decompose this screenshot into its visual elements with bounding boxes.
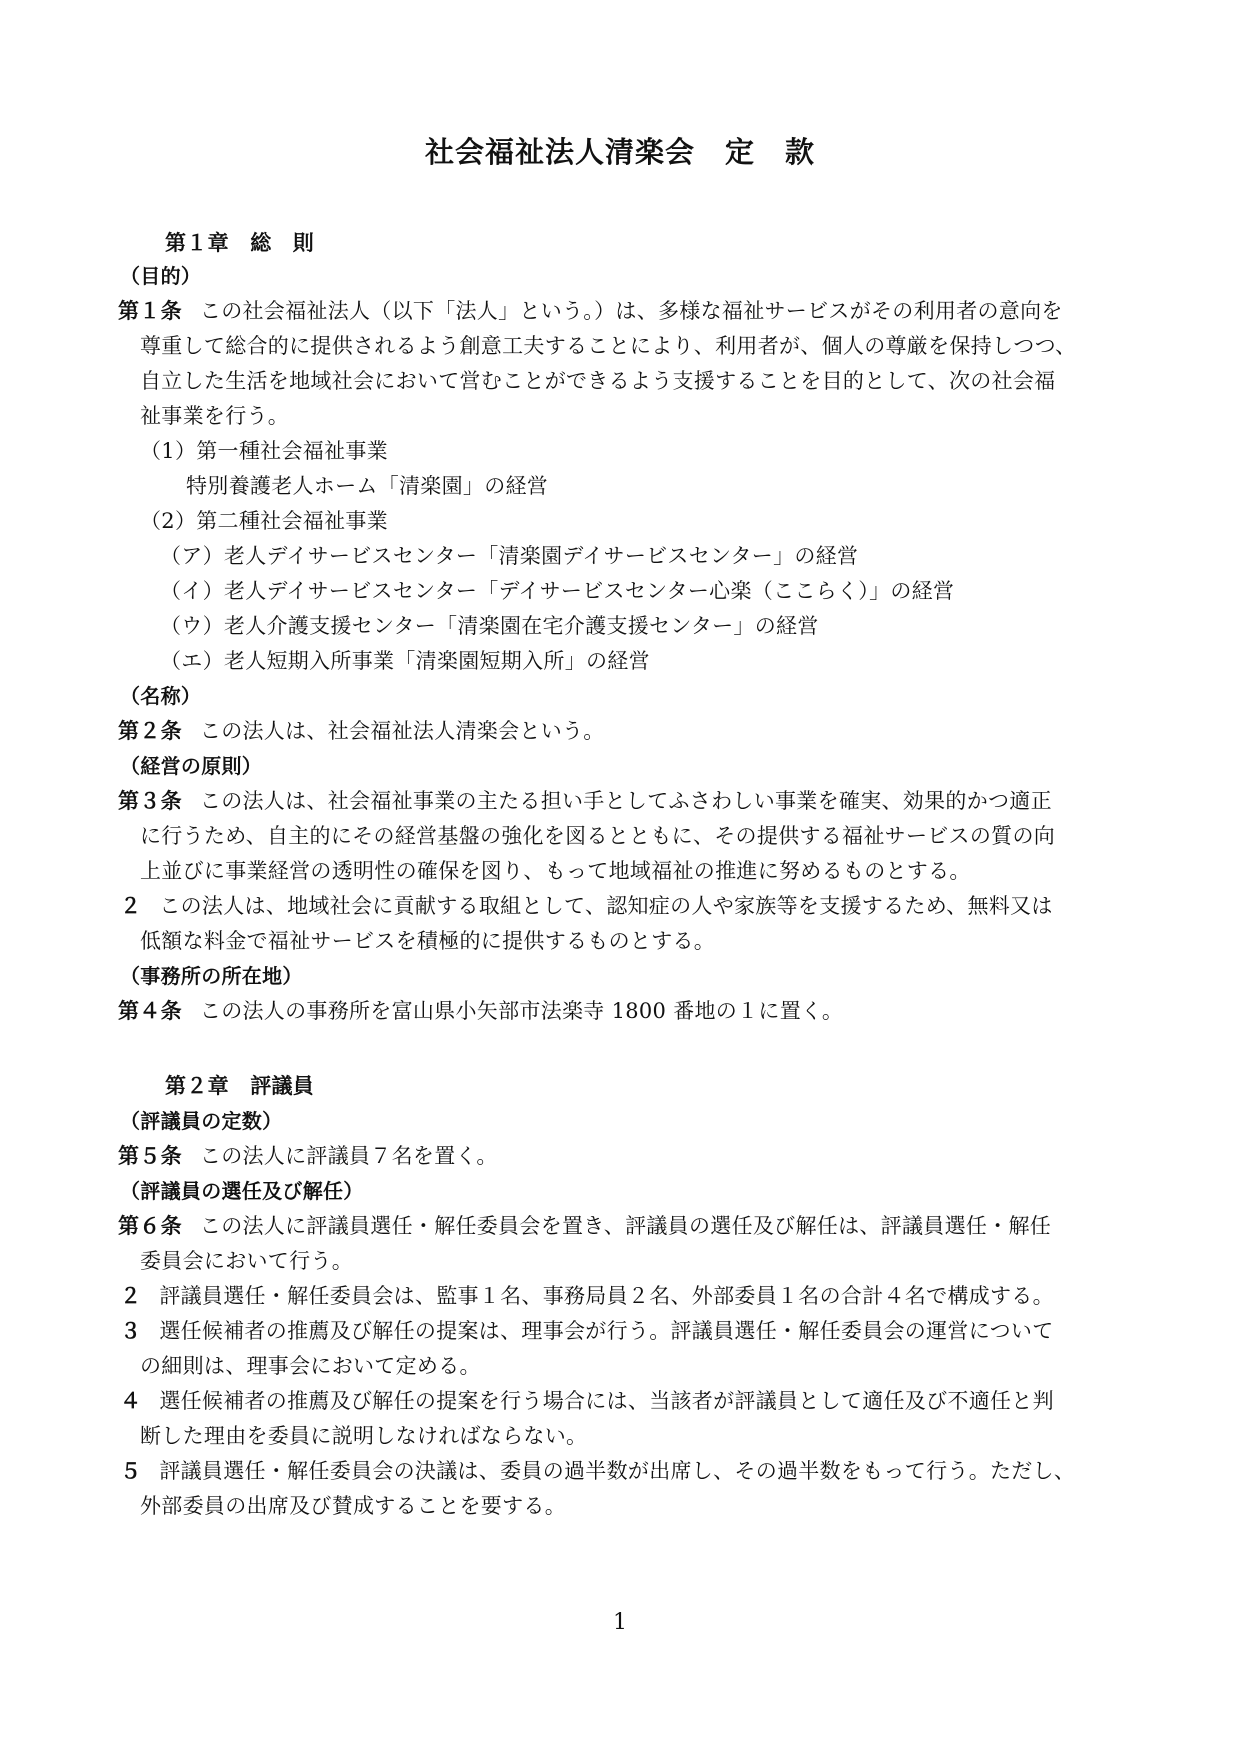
article-number: 第４条 [118,999,182,1023]
article-text: 祉事業を行う。 [140,402,289,430]
article-text: 上並びに事業経営の透明性の確保を図り、もって地域福祉の推進に努めるものとする。 [140,857,971,885]
list-item: （ウ）老人介護支援センター「清楽園在宅介護支援センター」の経営 [160,612,819,640]
paragraph-line: ３選任候補者の推薦及び解任の提案は、理事会が行う。評議員選任・解任委員会の運営に… [120,1317,1054,1345]
paragraph-text: 評議員選任・解任委員会は、監事１名、事務局員２名、外部委員１名の合計４名で構成す… [159,1284,1054,1308]
paragraph-line: ２この法人は、地域社会に貢献する取組として、認知症の人や家族等を支援するため、無… [120,892,1053,920]
paragraph-text: 外部委員の出席及び賛成することを要する。 [140,1492,566,1520]
paragraph-text: 選任候補者の推薦及び解任の提案は、理事会が行う。評議員選任・解任委員会の運営につ… [159,1319,1053,1343]
document-page: 社会福祉法人清楽会 定 款 第１章 総 則 （目的） 第１条この社会福祉法人（以… [0,0,1240,1755]
article-1-line: 第１条この社会福祉法人（以下「法人」という。）は、多様な福祉サービスがその利用者… [118,297,1063,325]
article-caption: （評議員の選任及び解任） [120,1177,364,1205]
paragraph-text: 低額な料金で福祉サービスを積極的に提供するものとする。 [140,927,715,955]
paragraph-line: ５評議員選任・解任委員会の決議は、委員の過半数が出席し、その過半数をもって行う。… [120,1457,1075,1485]
paragraph-text: の細則は、理事会において定める。 [140,1352,481,1380]
paragraph-text: この法人は、地域社会に貢献する取組として、認知症の人や家族等を支援するため、無料… [159,894,1052,918]
paragraph-text: 評議員選任・解任委員会の決議は、委員の過半数が出席し、その過半数をもって行う。た… [159,1459,1075,1483]
paragraph-number: ２ [120,1284,141,1308]
paragraph-number: ３ [120,1319,141,1343]
chapter-heading: 第２章 評議員 [165,1072,314,1100]
article-2-line: 第２条この法人は、社会福祉法人清楽会という。 [118,717,605,745]
paragraph-number: ４ [120,1389,141,1413]
article-text: 自立した生活を地域社会において営むことができるよう支援することを目的として、次の… [140,367,1055,395]
article-text: この法人は、社会福祉法人清楽会という。 [200,719,605,743]
article-text: この法人の事務所を富山県小矢部市法楽寺 1800 番地の１に置く。 [200,999,843,1023]
article-4-line: 第４条この法人の事務所を富山県小矢部市法楽寺 1800 番地の１に置く。 [118,997,843,1025]
article-text: 尊重して総合的に提供されるよう創意工夫することにより、利用者が、個人の尊厳を保持… [140,332,1076,360]
list-item: 特別養護老人ホーム「清楽園」の経営 [186,472,548,500]
paragraph-number: ２ [120,894,141,918]
article-caption: （評議員の定数） [120,1107,282,1135]
article-number: 第２条 [118,719,182,743]
article-caption: （事務所の所在地） [120,962,303,990]
article-6-line: 第６条この法人に評議員選任・解任委員会を置き、評議員の選任及び解任は、評議員選任… [118,1212,1051,1240]
article-number: 第６条 [118,1214,182,1238]
article-text: この法人は、社会福祉事業の主たる担い手としてふさわしい事業を確実、効果的かつ適正 [200,789,1052,813]
article-text: この社会福祉法人（以下「法人」という。）は、多様な福祉サービスがその利用者の意向… [200,299,1063,323]
document-title: 社会福祉法人清楽会 定 款 [0,132,1240,172]
list-item: （ア）老人デイサービスセンター「清楽園デイサービスセンター」の経営 [160,542,858,570]
article-number: 第１条 [118,299,182,323]
paragraph-line: ２評議員選任・解任委員会は、監事１名、事務局員２名、外部委員１名の合計４名で構成… [120,1282,1054,1310]
article-caption: （経営の原則） [120,752,262,780]
article-text: この法人に評議員７名を置く。 [200,1144,498,1168]
page-number: 1 [0,1610,1240,1635]
paragraph-number: ５ [120,1459,141,1483]
list-item: （エ）老人短期入所事業「清楽園短期入所」の経営 [160,647,650,675]
article-number: 第３条 [118,789,182,813]
paragraph-text: 断した理由を委員に説明しなければならない。 [140,1422,587,1450]
article-text: 委員会において行う。 [140,1247,353,1275]
paragraph-text: 選任候補者の推薦及び解任の提案を行う場合には、当該者が評議員として適任及び不適任… [159,1389,1054,1413]
article-caption: （目的） [120,262,201,290]
article-text: この法人に評議員選任・解任委員会を置き、評議員の選任及び解任は、評議員選任・解任 [200,1214,1051,1238]
article-caption: （名称） [120,682,201,710]
article-text: に行うため、自主的にその経営基盤の強化を図るとともに、その提供する福祉サービスの… [140,822,1055,850]
paragraph-line: ４選任候補者の推薦及び解任の提案を行う場合には、当該者が評議員として適任及び不適… [120,1387,1054,1415]
list-item: （2）第二種社会福祉事業 [140,507,388,535]
list-item: （イ）老人デイサービスセンター「デイサービスセンター心楽（ここらく）」の経営 [160,577,954,605]
list-item: （1）第一種社会福祉事業 [140,437,388,465]
article-number: 第５条 [118,1144,182,1168]
article-5-line: 第５条この法人に評議員７名を置く。 [118,1142,498,1170]
article-3-line: 第３条この法人は、社会福祉事業の主たる担い手としてふさわしい事業を確実、効果的か… [118,787,1052,815]
chapter-heading: 第１章 総 則 [165,229,314,257]
